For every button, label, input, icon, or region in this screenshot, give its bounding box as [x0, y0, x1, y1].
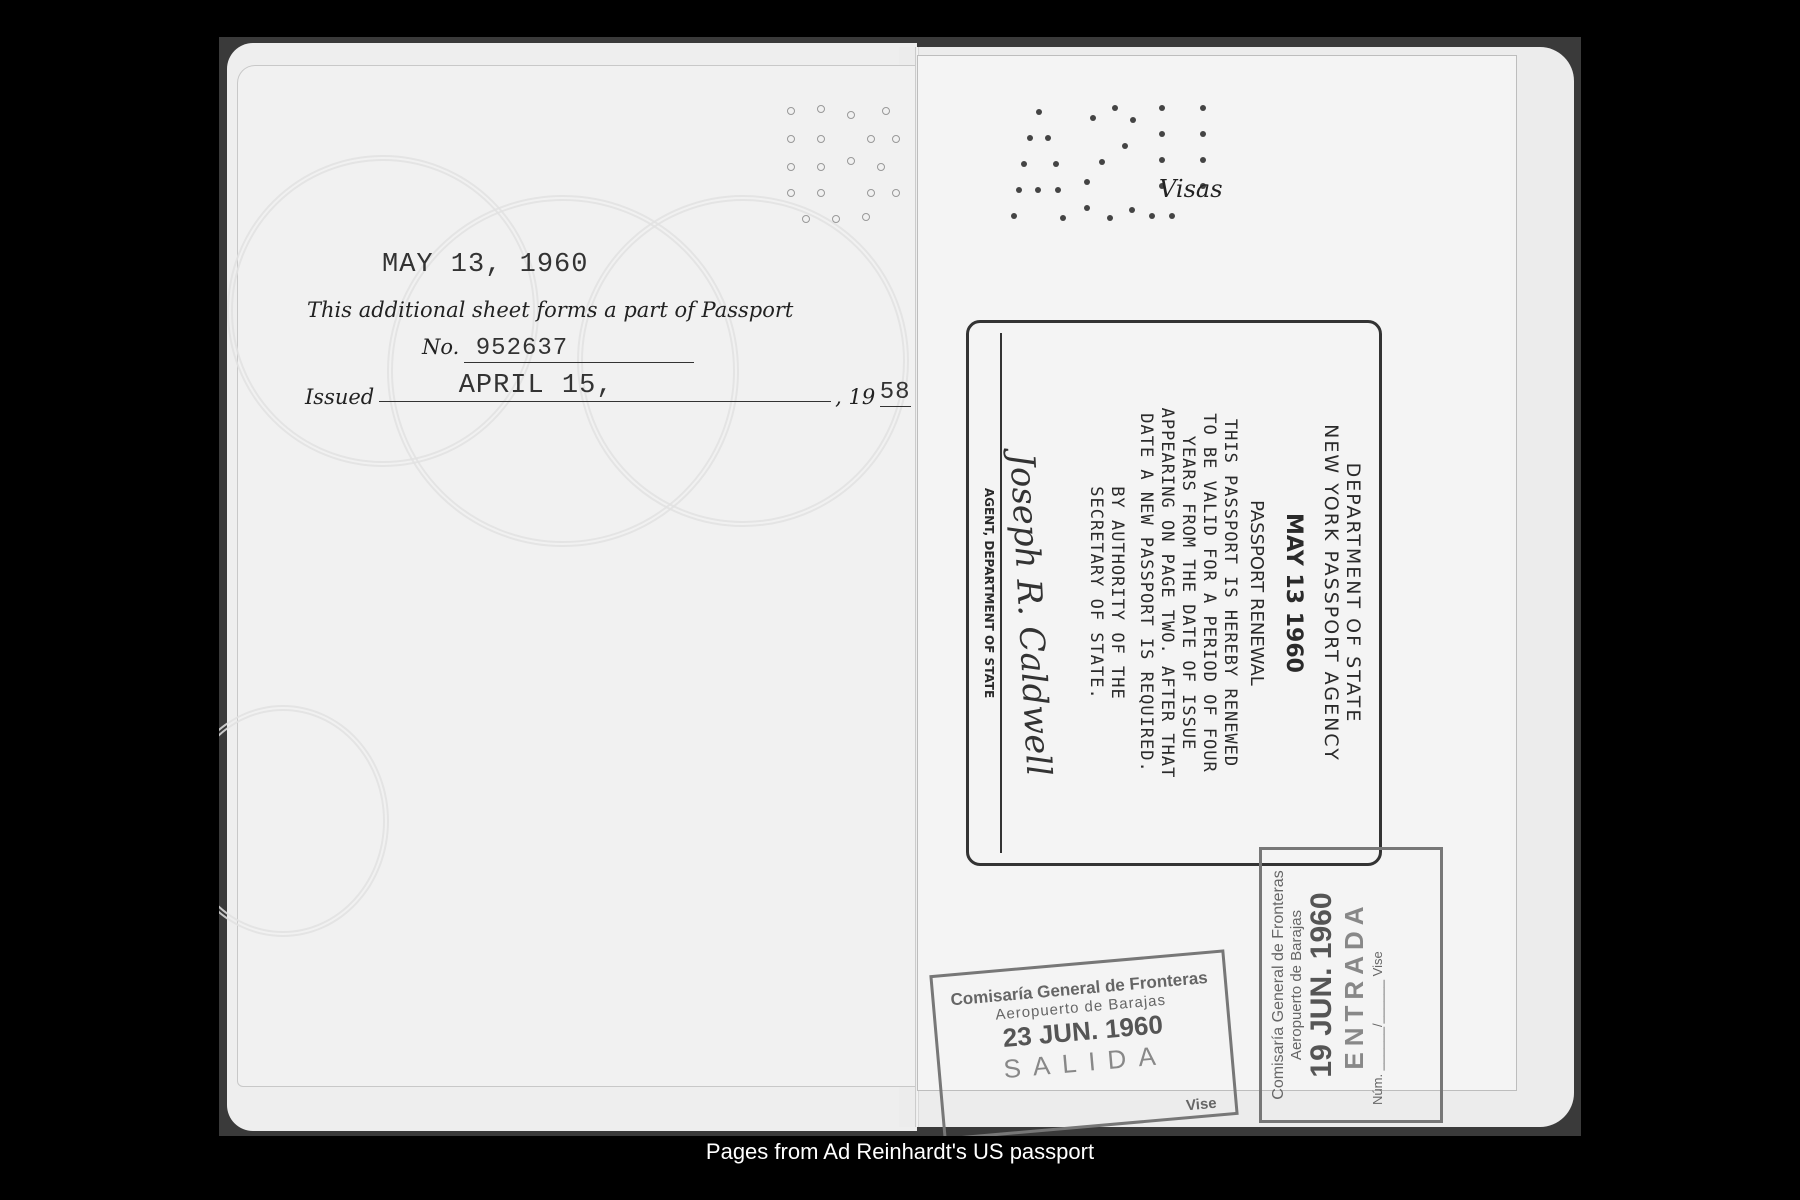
renewal-stamp-content: DEPARTMENT OF STATE NEW YORK PASSPORT AG… — [984, 333, 1364, 853]
renewal-body-line: YEARS FROM THE DATE OF ISSUE — [1177, 333, 1198, 853]
renewal-date: MAY 13 1960 — [1281, 333, 1306, 853]
issued-year: 58 — [880, 379, 911, 407]
typed-date: MAY 13, 1960 — [382, 250, 588, 280]
year-prefix: , 19 — [835, 385, 875, 409]
entry-stamp-authority: Comisaría General de Fronteras — [1270, 855, 1288, 1115]
passport-number: 952637 — [464, 335, 694, 363]
exit-stamp-salida: Comisaría General de Fronteras Aeropuert… — [929, 949, 1238, 1136]
entry-stamp-entrada: Comisaría General de Fronteras Aeropuert… — [1259, 847, 1443, 1123]
authority-line: SECRETARY OF STATE. — [1085, 333, 1106, 853]
agent-label: AGENT, DEPARTMENT OF STATE — [982, 333, 1002, 853]
passport-photo: inar edst nggnofedntanrsy,orst onououfor… — [219, 37, 1581, 1136]
entry-stamp-airport: Aeropuerto de Barajas — [1288, 855, 1305, 1115]
left-page: MAY 13, 1960 This additional sheet forms… — [237, 65, 917, 1087]
renewal-body-line: TO BE VALID FOR A PERIOD OF FOUR — [1198, 333, 1219, 853]
additional-sheet-statement: This additional sheet forms a part of Pa… — [307, 298, 793, 322]
stamp-department: DEPARTMENT OF STATE — [1342, 333, 1364, 853]
entry-stamp-number: Núm. ______/______ Vise — [1370, 855, 1385, 1115]
image-caption: Pages from Ad Reinhardt's US passport — [0, 1139, 1800, 1165]
number-label: No. — [422, 335, 459, 359]
entry-stamp-date: 19 JUN. 1960 — [1305, 855, 1339, 1115]
visas-heading: Visas — [1159, 175, 1223, 203]
issued-line: Issued APRIL 15, , 19 58 — [305, 383, 911, 414]
exit-stamp-vise: Vise — [1185, 1095, 1217, 1115]
renewal-title: PASSPORT RENEWAL — [1246, 333, 1267, 853]
passport-renewal-stamp: DEPARTMENT OF STATE NEW YORK PASSPORT AG… — [966, 320, 1382, 866]
embossed-seal — [219, 705, 389, 937]
stamp-agency: NEW YORK PASSPORT AGENCY — [1320, 333, 1342, 853]
renewal-body-line: APPEARING ON PAGE TWO. AFTER THAT — [1156, 333, 1177, 853]
issued-date: APRIL 15, — [379, 371, 831, 402]
entry-stamp-type: ENTRADA — [1339, 855, 1370, 1115]
agent-signature: Joseph R. Caldwell — [1002, 452, 1059, 777]
passport-number-line: No. 952637 — [422, 335, 694, 363]
issued-label: Issued — [305, 385, 374, 409]
renewal-body-line: DATE A NEW PASSPORT IS REQUIRED. — [1135, 333, 1156, 853]
entry-stamp-vise: Vise — [1370, 951, 1385, 976]
entry-stamp-content: Comisaría General de Fronteras Aeropuert… — [1266, 855, 1436, 1115]
num-label: Núm. — [1370, 1074, 1385, 1105]
authority-line: BY AUTHORITY OF THE — [1106, 333, 1127, 853]
renewal-body-line: THIS PASSPORT IS HEREBY RENEWED — [1219, 333, 1240, 853]
